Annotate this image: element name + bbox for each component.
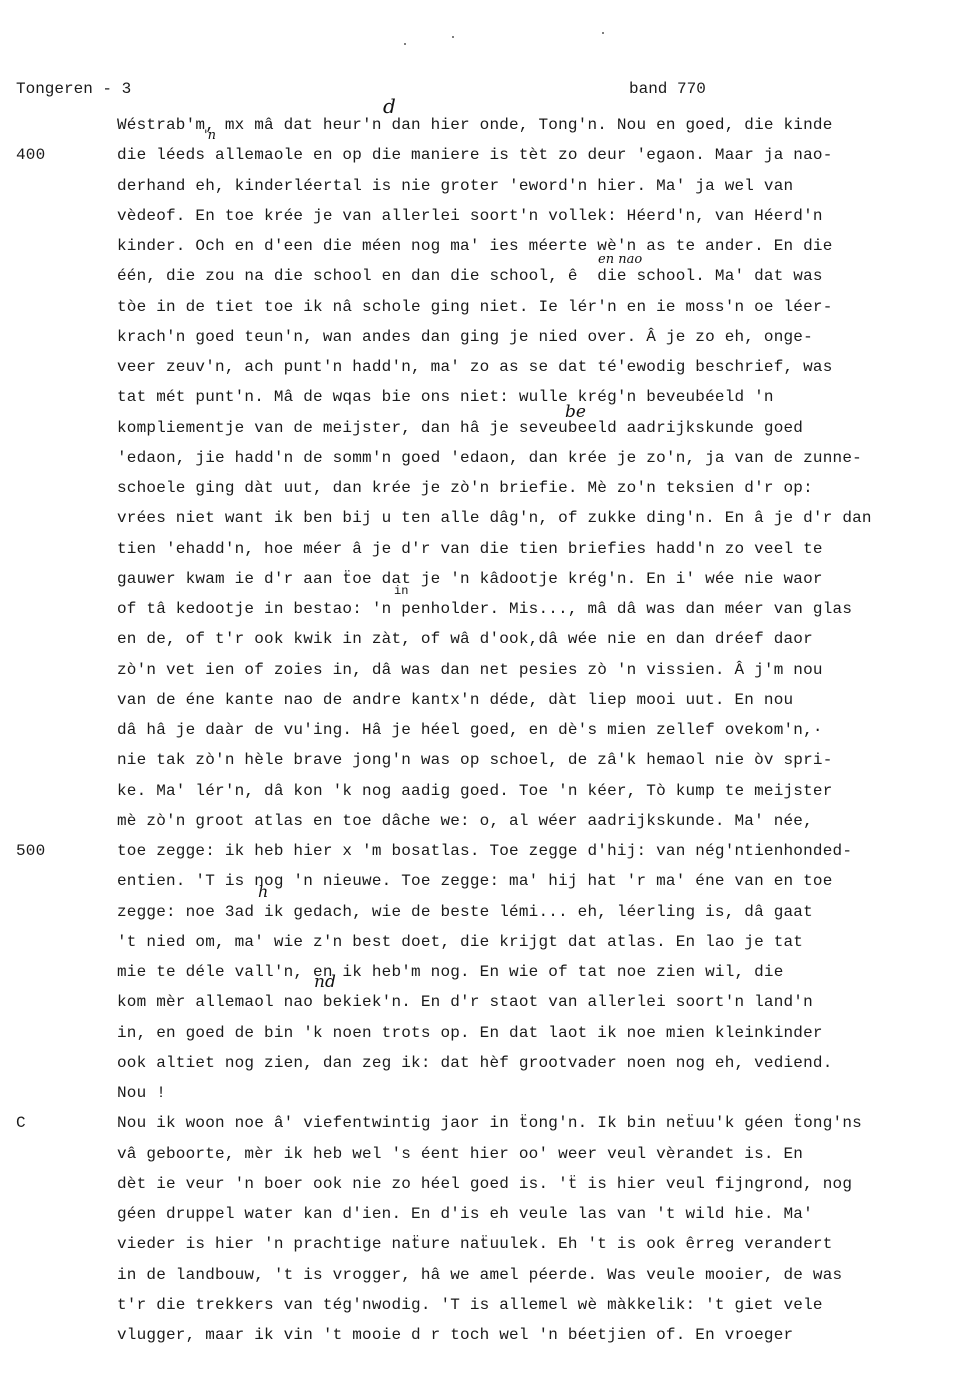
tape-number: band 770 bbox=[629, 80, 706, 98]
line-text: ke. Ma' lér'n, dâ kon 'k nog aadig goed.… bbox=[117, 776, 833, 806]
text-line: derhand eh, kinderléertal is nie groter … bbox=[0, 171, 979, 201]
text-line: tien 'ehadd'n, hoe méer â je d'r van die… bbox=[0, 534, 979, 564]
text-line: kom mèr allemaol nao bekiek'n. En d'r st… bbox=[0, 987, 979, 1017]
line-text: mie te déle vall'n, en ik heb'm nog. En … bbox=[117, 957, 784, 987]
handwritten-correction: nd bbox=[314, 972, 336, 992]
paper-speck bbox=[404, 43, 406, 45]
text-line: dâ hâ je daàr de vu'ing. Hâ je héel goed… bbox=[0, 715, 979, 745]
text-line: in de landbouw, 't is vrogger, hâ we ame… bbox=[0, 1260, 979, 1290]
text-line: veer zeuv'n, ach punt'n hadd'n, ma' zo a… bbox=[0, 352, 979, 382]
text-line: 400die léeds allemaole en op die maniere… bbox=[0, 140, 979, 170]
typed-insertion: in bbox=[394, 584, 408, 598]
text-line: entien. 'T is nog 'n nieuwe. Toe zegge: … bbox=[0, 866, 979, 896]
text-line: vèdeof. En toe krée je van allerlei soor… bbox=[0, 201, 979, 231]
line-text: vrées niet want ik ben bij u ten alle dâ… bbox=[117, 503, 872, 533]
handwritten-correction: en nao bbox=[598, 252, 642, 267]
line-text: schoele ging dàt uut, dan krée je zò'n b… bbox=[117, 473, 813, 503]
line-text: mè zò'n groot atlas en toe dâche we: o, … bbox=[117, 806, 813, 836]
line-text: zò'n vet ien of zoies in, dâ was dan net… bbox=[117, 655, 823, 685]
handwritten-correction: h bbox=[258, 882, 268, 901]
line-text: krach'n goed teun'n, wan andes dan ging … bbox=[117, 322, 813, 352]
line-text: Nou ik woon noe â' viefentwintig jaor in… bbox=[117, 1108, 862, 1138]
text-line: zegge: noe 3ad ik gedach, wie de beste l… bbox=[0, 897, 979, 927]
text-line: CNou ik woon noe â' viefentwintig jaor i… bbox=[0, 1108, 979, 1138]
line-text: tòe in de tiet toe ik nâ schole ging nie… bbox=[117, 292, 833, 322]
text-line: kompliementje van de meijster, dan hâ je… bbox=[0, 413, 979, 443]
handwritten-correction: be bbox=[565, 402, 586, 422]
text-line: tòe in de tiet toe ik nâ schole ging nie… bbox=[0, 292, 979, 322]
text-line: vâ geboorte, mèr ik heb wel 's éent hier… bbox=[0, 1139, 979, 1169]
line-text: kinder. Och en d'een die méen nog ma' ie… bbox=[117, 231, 833, 261]
line-text: kom mèr allemaol nao bekiek'n. En d'r st… bbox=[117, 987, 813, 1017]
line-text: t'r die trekkers van tég'nwodig. 'T is a… bbox=[117, 1290, 823, 1320]
line-text: Wéstrab'm, mx mâ dat heur'n dan hier ond… bbox=[117, 110, 833, 140]
text-line: vlugger, maar ik vin 't mooie d r toch w… bbox=[0, 1320, 979, 1350]
line-text: Nou ! bbox=[117, 1078, 166, 1108]
text-line: schoele ging dàt uut, dan krée je zò'n b… bbox=[0, 473, 979, 503]
text-line: 500toe zegge: ik heb hier x 'm bosatlas.… bbox=[0, 836, 979, 866]
line-number-marker: 400 bbox=[16, 140, 76, 170]
text-line: ke. Ma' lér'n, dâ kon 'k nog aadig goed.… bbox=[0, 776, 979, 806]
line-text: in de landbouw, 't is vrogger, hâ we ame… bbox=[117, 1260, 842, 1290]
line-text: 't nied om, ma' wie z'n best doet, die k… bbox=[117, 927, 803, 957]
line-text: géen druppel water kan d'ien. En d'is eh… bbox=[117, 1199, 813, 1229]
line-text: of tâ kedootje in bestao: 'n penholder. … bbox=[117, 594, 852, 624]
line-text: in, en goed de bin 'k noen trots op. En … bbox=[117, 1018, 823, 1048]
text-line: één, die zou na die school en dan die sc… bbox=[0, 261, 979, 291]
line-text: van de éne kante nao de andre kantx'n dé… bbox=[117, 685, 793, 715]
line-text: ook altiet nog zien, dan zeg ik: dat hèf… bbox=[117, 1048, 833, 1078]
line-text: nie tak zò'n hèle brave jong'n was op sc… bbox=[117, 745, 833, 775]
line-text: dâ hâ je daàr de vu'ing. Hâ je héel goed… bbox=[117, 715, 823, 745]
line-text: vlugger, maar ik vin 't mooie d r toch w… bbox=[117, 1320, 793, 1350]
paper-speck bbox=[602, 32, 604, 34]
speaker-marker: C bbox=[16, 1108, 76, 1138]
text-line: tat mét punt'n. Mâ de wqas bie ons niet:… bbox=[0, 382, 979, 412]
line-text: en de, of t'r ook kwik in zàt, of wâ d'o… bbox=[117, 624, 813, 654]
text-line: 'edaon, jie hadd'n de somm'n goed 'edaon… bbox=[0, 443, 979, 473]
text-line: nie tak zò'n hèle brave jong'n was op sc… bbox=[0, 745, 979, 775]
line-text: die léeds allemaole en op die maniere is… bbox=[117, 140, 833, 170]
transcript-body: Wéstrab'm, mx mâ dat heur'n dan hier ond… bbox=[0, 110, 979, 1350]
line-text: toe zegge: ik heb hier x 'm bosatlas. To… bbox=[117, 836, 852, 866]
text-line: Wéstrab'm, mx mâ dat heur'n dan hier ond… bbox=[0, 110, 979, 140]
line-text: tat mét punt'n. Mâ de wqas bie ons niet:… bbox=[117, 382, 774, 412]
typewritten-transcript-page: Tongeren - 3 band 770 Wéstrab'm, mx mâ d… bbox=[0, 0, 979, 1398]
line-text: vieder is hier 'n prachtige naẗure naẗuu… bbox=[117, 1229, 833, 1259]
text-line: kinder. Och en d'een die méen nog ma' ie… bbox=[0, 231, 979, 261]
line-text: één, die zou na die school en dan die sc… bbox=[117, 261, 823, 291]
line-text: dèt ie veur 'n boer ook nie zo héel goed… bbox=[117, 1169, 852, 1199]
text-line: Nou ! bbox=[0, 1078, 979, 1108]
handwritten-correction: d bbox=[383, 94, 396, 118]
paper-speck bbox=[452, 36, 454, 38]
text-line: 't nied om, ma' wie z'n best doet, die k… bbox=[0, 927, 979, 957]
line-text: entien. 'T is nog 'n nieuwe. Toe zegge: … bbox=[117, 866, 833, 896]
text-line: géen druppel water kan d'ien. En d'is eh… bbox=[0, 1199, 979, 1229]
text-line: vieder is hier 'n prachtige naẗure naẗuu… bbox=[0, 1229, 979, 1259]
text-line: zò'n vet ien of zoies in, dâ was dan net… bbox=[0, 655, 979, 685]
document-title: Tongeren - 3 bbox=[16, 80, 131, 98]
text-line: in, en goed de bin 'k noen trots op. En … bbox=[0, 1018, 979, 1048]
text-line: krach'n goed teun'n, wan andes dan ging … bbox=[0, 322, 979, 352]
text-line: ook altiet nog zien, dan zeg ik: dat hèf… bbox=[0, 1048, 979, 1078]
text-line: dèt ie veur 'n boer ook nie zo héel goed… bbox=[0, 1169, 979, 1199]
line-text: 'edaon, jie hadd'n de somm'n goed 'edaon… bbox=[117, 443, 862, 473]
text-line: van de éne kante nao de andre kantx'n dé… bbox=[0, 685, 979, 715]
text-line: t'r die trekkers van tég'nwodig. 'T is a… bbox=[0, 1290, 979, 1320]
line-text: veer zeuv'n, ach punt'n hadd'n, ma' zo a… bbox=[117, 352, 833, 382]
line-text: tien 'ehadd'n, hoe méer â je d'r van die… bbox=[117, 534, 823, 564]
line-text: zegge: noe 3ad ik gedach, wie de beste l… bbox=[117, 897, 813, 927]
handwritten-correction: 'n bbox=[204, 128, 216, 143]
line-text: derhand eh, kinderléertal is nie groter … bbox=[117, 171, 793, 201]
text-line: mè zò'n groot atlas en toe dâche we: o, … bbox=[0, 806, 979, 836]
line-text: kompliementje van de meijster, dan hâ je… bbox=[117, 413, 803, 443]
page-header: Tongeren - 3 band 770 bbox=[16, 80, 979, 104]
line-text: vèdeof. En toe krée je van allerlei soor… bbox=[117, 201, 823, 231]
line-text: gauwer kwam ie d'r aan ẗoe dat je 'n kâd… bbox=[117, 564, 823, 594]
text-line: of tâ kedootje in bestao: 'n penholder. … bbox=[0, 594, 979, 624]
line-number-marker: 500 bbox=[16, 836, 76, 866]
line-text: vâ geboorte, mèr ik heb wel 's éent hier… bbox=[117, 1139, 803, 1169]
text-line: mie te déle vall'n, en ik heb'm nog. En … bbox=[0, 957, 979, 987]
text-line: gauwer kwam ie d'r aan ẗoe dat je 'n kâd… bbox=[0, 564, 979, 594]
text-line: en de, of t'r ook kwik in zàt, of wâ d'o… bbox=[0, 624, 979, 654]
text-line: vrées niet want ik ben bij u ten alle dâ… bbox=[0, 503, 979, 533]
